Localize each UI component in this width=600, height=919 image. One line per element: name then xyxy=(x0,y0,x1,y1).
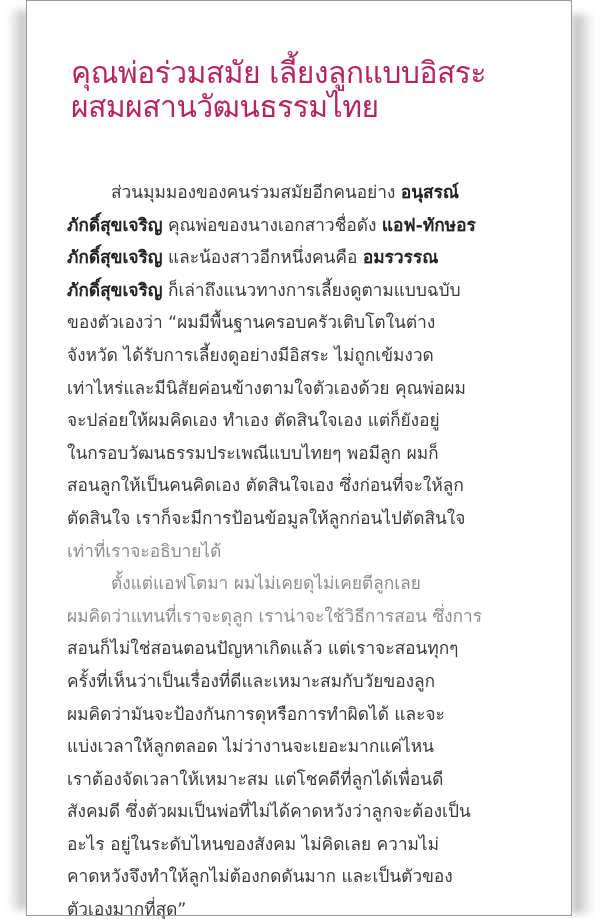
title-line-1: คุณพ่อร่วมสมัย เลี้ยงลูกแบบอิสระ xyxy=(71,57,541,91)
body-line: ในกรอบวัฒนธรรมประเพณีแบบไทยๆ พอมีลูก ผมก… xyxy=(67,438,537,471)
body-text: ตั้งแต่แอฟโตมา ผมไม่เคยดุไม่เคยตีลูกเลย xyxy=(111,574,421,594)
title-line-2: ผสมผสานวัฒนธรรมไทย xyxy=(71,91,541,125)
magazine-page: คุณพ่อร่วมสมัย เลี้ยงลูกแบบอิสระ ผสมผสาน… xyxy=(26,0,572,916)
body-text: สอนลูกให้เป็นคนคิดเอง ตัดสินใจเอง ซึ่งก่… xyxy=(67,476,464,496)
body-text: ผมคิดว่ามันจะป้องกันการดุหรือการทำผิดได้… xyxy=(67,705,445,725)
body-line: คาดหวังจึงทำให้ลูกไม่ต้องกดดันมาก และเป็… xyxy=(67,861,537,894)
body-line: เท่าไหร่และมีนิสัยค่อนข้างตามใจตัวเองด้ว… xyxy=(67,373,537,406)
body-line: อะไร อยู่ในระดับไหนของสังคม ไม่คิดเลย คว… xyxy=(67,829,537,862)
body-line: สังคมดี ซึ่งตัวผมเป็นพ่อที่ไม่ได้คาดหวัง… xyxy=(67,796,537,829)
body-text: ตัดสินใจ เราก็จะมีการป้อนข้อมูลให้ลูกก่อ… xyxy=(67,509,465,529)
body-text: ของตัวเองว่า “ผมมีพื้นฐานครอบครัวเติบโตใ… xyxy=(67,313,435,333)
body-text: ผมคิดว่าแทนที่เราจะดุลูก เราน่าจะใช้วิธี… xyxy=(67,607,482,627)
page-shadow-left xyxy=(8,10,28,910)
body-line: เท่าที่เราจะอธิบายได้ xyxy=(67,536,537,569)
body-text: ส่วนมุมมองของคนร่วมสมัยอีกคนอย่าง xyxy=(111,183,401,203)
body-line: สอนลูกให้เป็นคนคิดเอง ตัดสินใจเอง ซึ่งก่… xyxy=(67,470,537,503)
body-line: ครั้งที่เห็นว่าเป็นเรื่องที่ดีและเหมาะสม… xyxy=(67,666,537,699)
body-line: ผมคิดว่าแทนที่เราจะดุลูก เราน่าจะใช้วิธี… xyxy=(67,601,537,634)
person-name: แอฟ-ทักษอร xyxy=(382,216,476,236)
body-text: คาดหวังจึงทำให้ลูกไม่ต้องกดดันมาก และเป็… xyxy=(67,867,453,887)
body-line: เราต้องจัดเวลาให้เหมาะสม แต่โชคดีที่ลูกไ… xyxy=(67,764,537,797)
body-text: ตัวเองมากที่สุด” xyxy=(67,900,186,919)
body-line: ภักดิ์สุขเจริญ และน้องสาวอีกหนึ่งคนคือ อ… xyxy=(67,242,537,275)
body-text: แบ่งเวลาให้ลูกตลอด ไม่ว่างานจะเยอะมากแค่… xyxy=(67,737,434,757)
body-line: ภักดิ์สุขเจริญ ก็เล่าถึงแนวทางการเลี้ยงด… xyxy=(67,275,537,308)
body-text: สังคมดี ซึ่งตัวผมเป็นพ่อที่ไม่ได้คาดหวัง… xyxy=(67,802,471,822)
body-line: แบ่งเวลาให้ลูกตลอด ไม่ว่างานจะเยอะมากแค่… xyxy=(67,731,537,764)
person-name: ภักดิ์สุขเจริญ xyxy=(67,248,162,268)
body-text: เท่าที่เราจะอธิบายได้ xyxy=(67,542,221,562)
body-line: สอนก็ไม่ใช่สอนตอนปัญหาเกิดแล้ว แต่เราจะส… xyxy=(67,633,537,666)
person-name: อมรวรรณ xyxy=(363,248,438,268)
body-text: ก็เล่าถึงแนวทางการเลี้ยงดูตามแบบฉบับ xyxy=(162,281,460,301)
body-text: จังหวัด ได้รับการเลี้ยงดูอย่างมีอิสระ ไม… xyxy=(67,346,434,366)
body-line: จังหวัด ได้รับการเลี้ยงดูอย่างมีอิสระ ไม… xyxy=(67,340,537,373)
article-body: ส่วนมุมมองของคนร่วมสมัยอีกคนอย่าง อนุสรณ… xyxy=(67,177,537,919)
body-text: เราต้องจัดเวลาให้เหมาะสม แต่โชคดีที่ลูกไ… xyxy=(67,770,443,790)
body-line: ส่วนมุมมองของคนร่วมสมัยอีกคนอย่าง อนุสรณ… xyxy=(67,177,537,210)
body-line: ภักดิ์สุขเจริญ คุณพ่อของนางเอกสาวชื่อดัง… xyxy=(67,210,537,243)
article-title: คุณพ่อร่วมสมัย เลี้ยงลูกแบบอิสระ ผสมผสาน… xyxy=(71,57,541,125)
body-line: จะปล่อยให้ผมคิดเอง ทำเอง ตัดสินใจเอง แต่… xyxy=(67,405,537,438)
body-text: และน้องสาวอีกหนึ่งคนคือ xyxy=(162,248,362,268)
body-line: ตัดสินใจ เราก็จะมีการป้อนข้อมูลให้ลูกก่อ… xyxy=(67,503,537,536)
person-name: ภักดิ์สุขเจริญ xyxy=(67,281,162,301)
body-text: เท่าไหร่และมีนิสัยค่อนข้างตามใจตัวเองด้ว… xyxy=(67,379,466,399)
body-text: สอนก็ไม่ใช่สอนตอนปัญหาเกิดแล้ว แต่เราจะส… xyxy=(67,639,458,659)
body-text: คุณพ่อของนางเอกสาวชื่อดัง xyxy=(162,216,381,236)
body-text: อะไร อยู่ในระดับไหนของสังคม ไม่คิดเลย คว… xyxy=(67,835,439,855)
person-name: ภักดิ์สุขเจริญ xyxy=(67,216,162,236)
body-line: ของตัวเองว่า “ผมมีพื้นฐานครอบครัวเติบโตใ… xyxy=(67,307,537,340)
body-text: ในกรอบวัฒนธรรมประเพณีแบบไทยๆ พอมีลูก ผมก… xyxy=(67,444,439,464)
page-shadow-right xyxy=(572,14,594,914)
body-text: จะปล่อยให้ผมคิดเอง ทำเอง ตัดสินใจเอง แต่… xyxy=(67,411,440,431)
body-text: ครั้งที่เห็นว่าเป็นเรื่องที่ดีและเหมาะสม… xyxy=(67,672,435,692)
person-name: อนุสรณ์ xyxy=(401,183,459,203)
body-line: ตัวเองมากที่สุด” xyxy=(67,894,537,919)
body-line: ตั้งแต่แอฟโตมา ผมไม่เคยดุไม่เคยตีลูกเลย xyxy=(67,568,537,601)
body-line: ผมคิดว่ามันจะป้องกันการดุหรือการทำผิดได้… xyxy=(67,699,537,732)
